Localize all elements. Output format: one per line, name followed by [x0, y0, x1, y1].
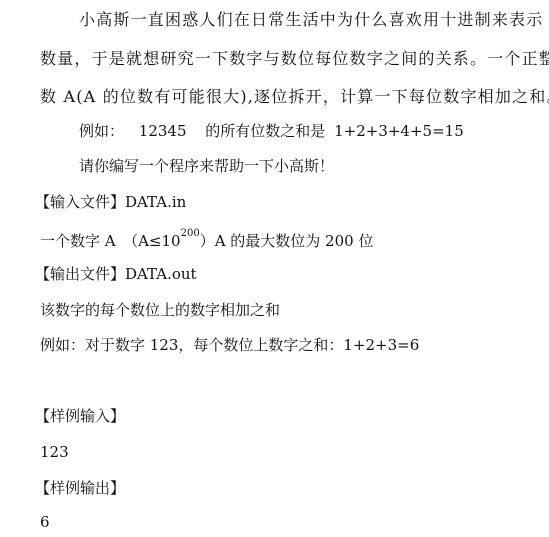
example-middle: 的所有位数之和是: [205, 122, 325, 140]
input-file-label: 【输入文件】: [35, 193, 125, 211]
output-file-heading: 【输出文件】DATA.out: [35, 265, 197, 283]
sample-input-value: 123: [40, 443, 69, 461]
input-file-name: DATA.in: [125, 193, 186, 211]
example-line: 例如： 12345 的所有位数之和是 1+2+3+4+5=15: [79, 122, 464, 140]
input-desc-exponent: 200: [181, 228, 200, 239]
output-file-description: 该数字的每个数位上的数字相加之和: [40, 301, 280, 319]
request-line: 请你编写一个程序来帮助一下小高斯！: [79, 157, 334, 175]
input-desc-prefix: 一个数字 A （A≤10: [40, 232, 181, 250]
intro-line-1: 小高斯一直困惑人们在日常生活中为什么喜欢用十进制来表示: [79, 11, 543, 29]
example-prefix: 例如：: [79, 122, 124, 140]
output-file-example: 例如：对于数字 123，每个数位上数字之和：1+2+3=6: [40, 336, 419, 354]
input-file-description: 一个数字 A （A≤10200）A 的最大数位为 200 位: [40, 232, 373, 253]
sample-output-label: 【样例输出】: [35, 479, 125, 497]
output-file-label: 【输出文件】: [35, 265, 125, 283]
sample-output-value: 6: [40, 513, 50, 531]
example-number: 12345: [139, 122, 187, 140]
intro-line-2: 数量，于是就想研究一下数字与数位每位数字之间的关系。一个正整: [40, 50, 549, 68]
sample-input-label: 【样例输入】: [35, 407, 125, 425]
example-formula: 1+2+3+4+5=15: [334, 122, 464, 140]
output-file-name: DATA.out: [125, 265, 197, 283]
input-desc-suffix: ）A 的最大数位为 200 位: [200, 232, 374, 250]
intro-line-3: 数 A(A 的位数有可能很大),逐位拆开，计算一下每位数字相加之和。: [40, 88, 549, 106]
input-file-heading: 【输入文件】DATA.in: [35, 193, 186, 211]
